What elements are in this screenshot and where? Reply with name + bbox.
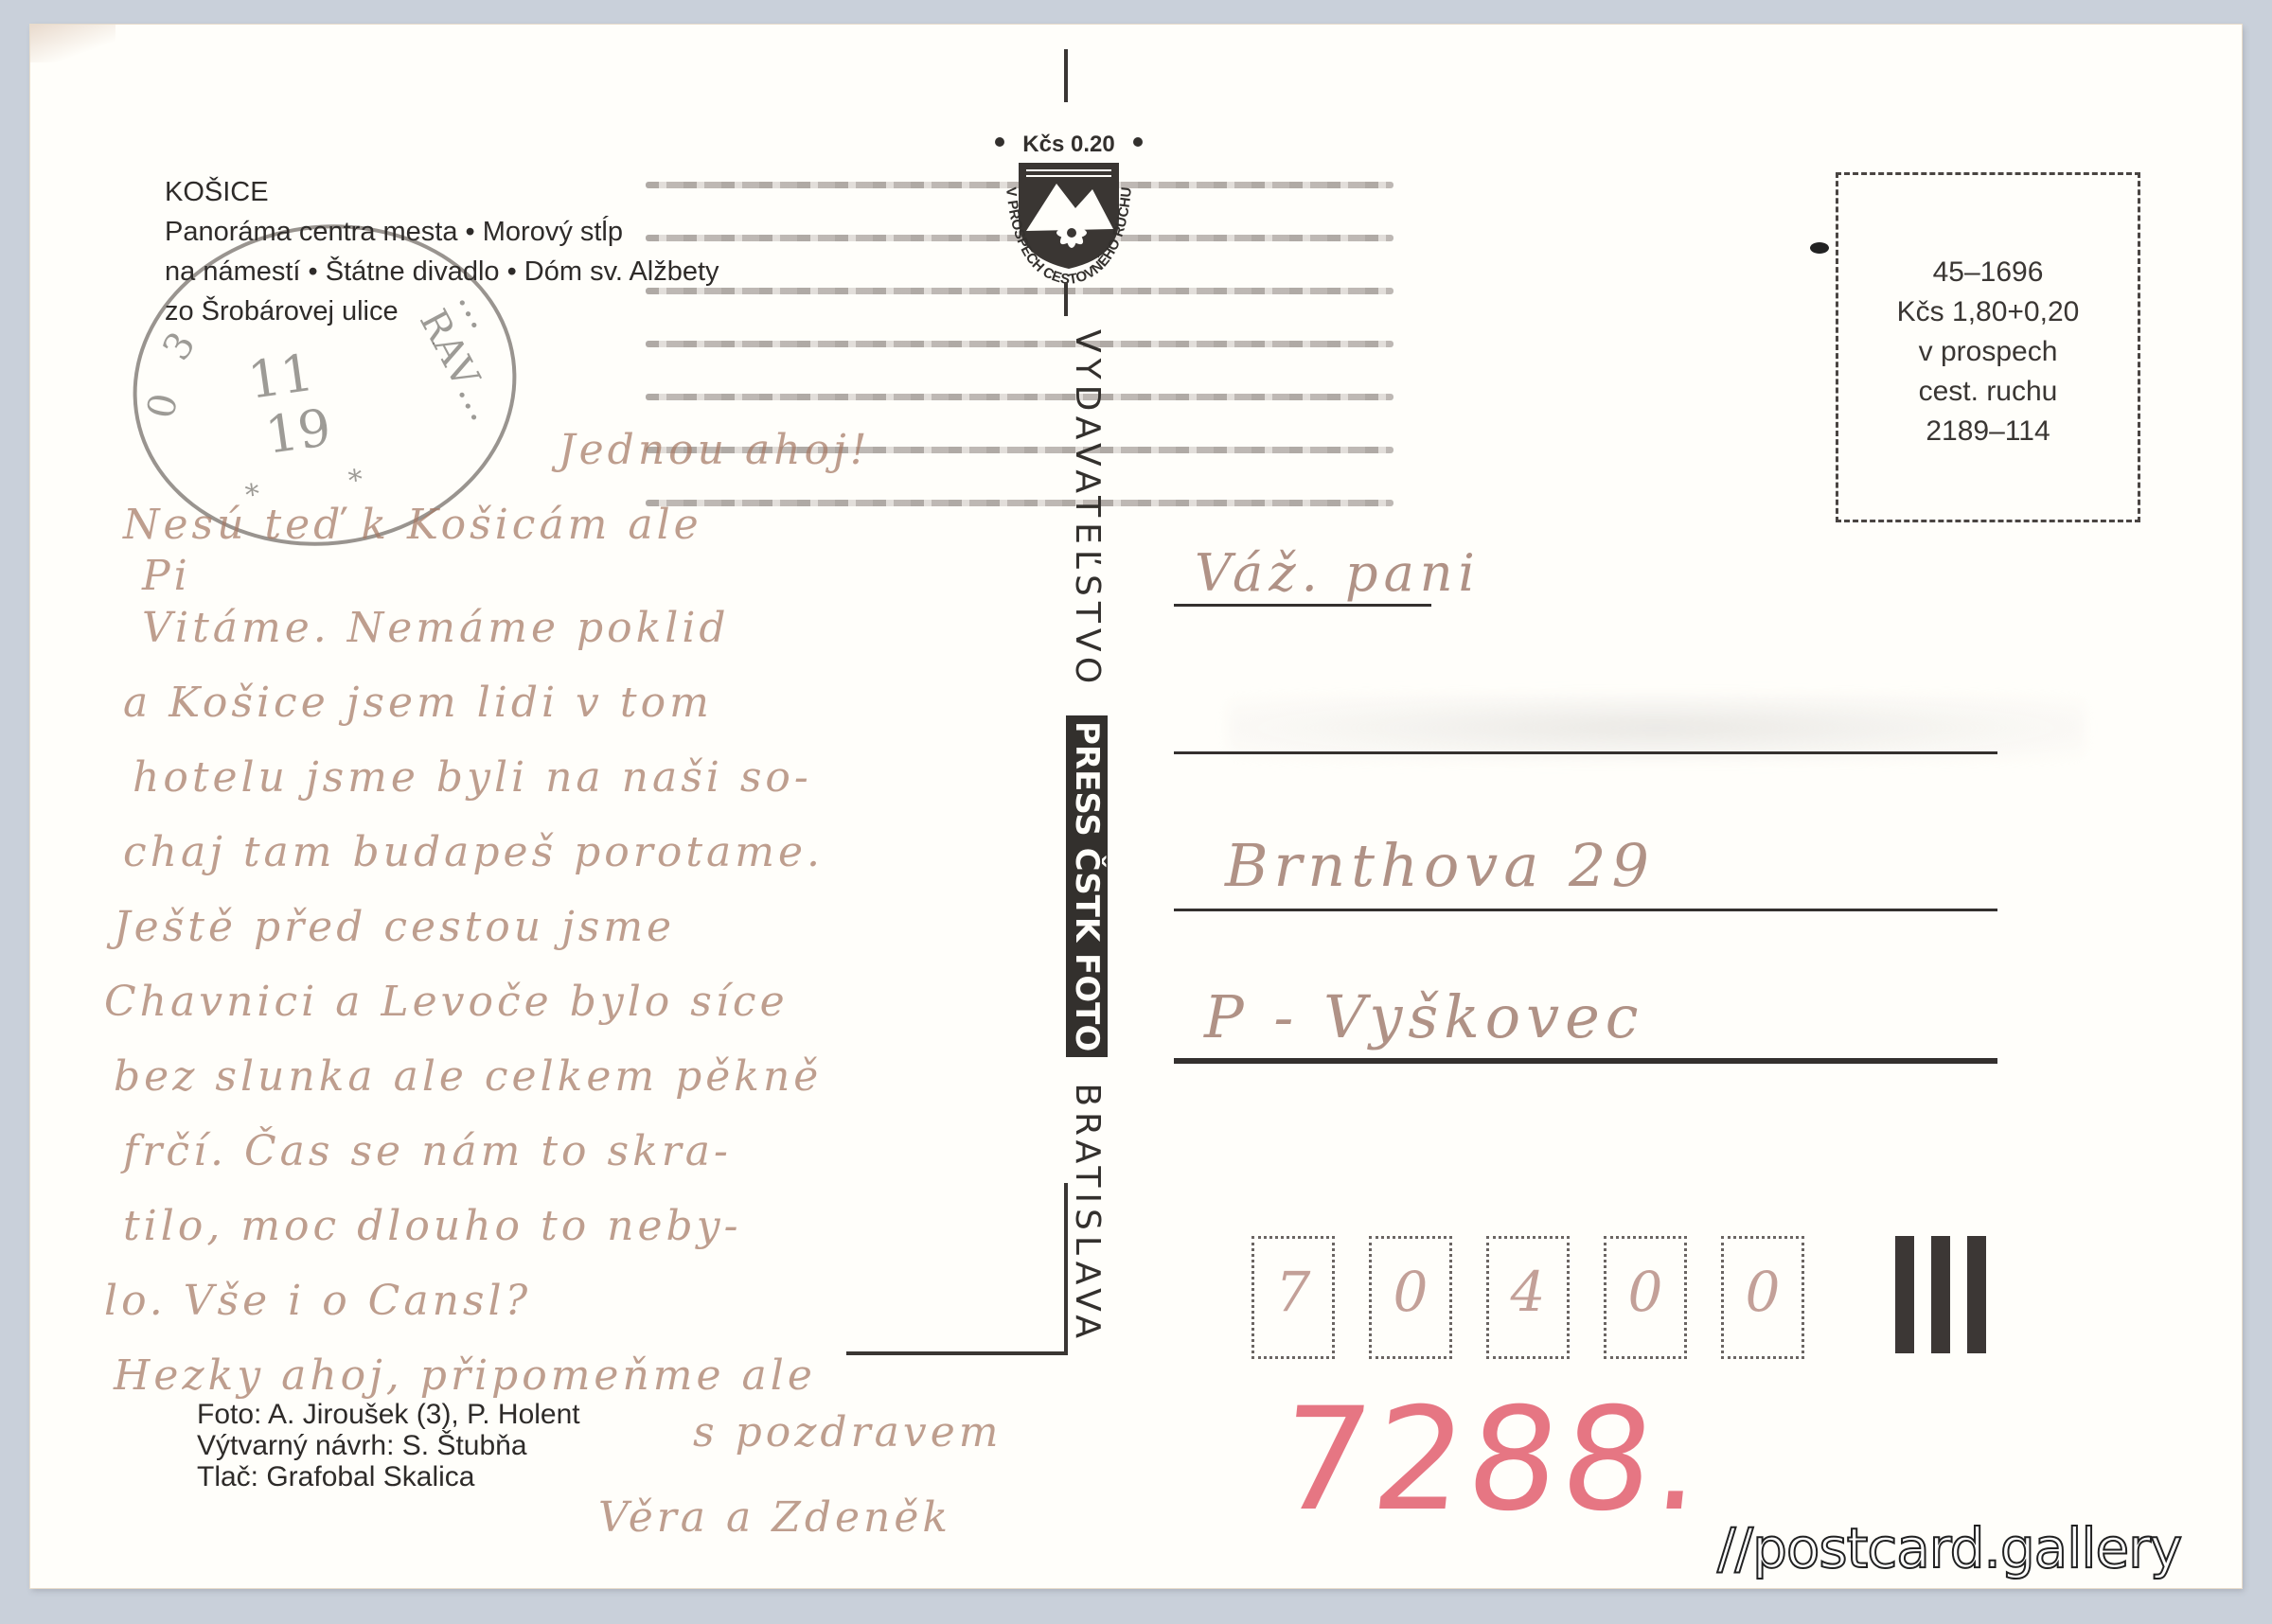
address-city: P - Vyškovec [1204, 982, 1644, 1051]
zip-digit-box: 4 [1486, 1236, 1570, 1359]
publisher-imprint: VYDAVATEĽSTVO PRESS ČSTK FOTO BRATISLAVA [1066, 329, 1108, 1344]
zip-digit: 0 [1606, 1260, 1684, 1324]
press-foto-logo: PRESS ČSTK FOTO [1066, 715, 1108, 1057]
message-line: Nesú teď k Košicám ale [123, 487, 1003, 562]
zip-digit-box: 0 [1369, 1236, 1452, 1359]
message-line: lo. Vše i o Cansl? [104, 1263, 1003, 1338]
handwritten-message: Jednou ahoj! Nesú teď k Košicám ale Pi V… [104, 498, 1003, 1413]
watermark: //postcard.gallery [1717, 1516, 2181, 1580]
zip-digit-box: 7 [1251, 1236, 1335, 1359]
stamp-text: 45–1696 Kčs 1,80+0,20 v prospech cest. r… [1838, 253, 2138, 451]
message-line: bez slunka ale celkem pěkně [114, 1039, 1003, 1114]
message-line: frčí. Čas se nám to skra- [123, 1114, 1003, 1189]
postcard-back: 0 3 11 19 * * …RAV… KOŠICE Panoráma cent… [30, 25, 2242, 1588]
message-signature: Věra a Zdeněk [598, 1493, 951, 1542]
tourism-emblem: Kčs 0.20 V PROSPECH CESTOVNÉHO RUCHU [988, 127, 1149, 288]
address-line [1174, 604, 1431, 607]
zip-code-bar [1931, 1236, 1950, 1353]
publisher-city: BRATISLAVA [1068, 1083, 1107, 1344]
address-street: Brnthova 29 [1225, 831, 1655, 900]
postmark-fragment: 0 [139, 390, 186, 422]
emblem-price: Kčs 0.20 [1022, 132, 1114, 157]
caption-line: zo Šrobárovej ulice [165, 291, 719, 331]
stamp-line: Kčs 1,80+0,20 [1838, 292, 2138, 332]
address-line-thick [1174, 1058, 1997, 1064]
message-line: tilo, moc dlouho to neby- [123, 1189, 1003, 1263]
address-line [1174, 909, 1997, 911]
printed-stamp-box: 45–1696 Kčs 1,80+0,20 v prospech cest. r… [1836, 172, 2140, 522]
ink-blot [1810, 242, 1829, 254]
caption-line: Panoráma centra mesta • Morový stĺp [165, 212, 719, 252]
message-line: Jednou ahoj! [559, 413, 1003, 487]
zip-digit-box: 0 [1604, 1236, 1687, 1359]
message-line: hotelu jsme byli na naši so- [133, 740, 1003, 815]
printing-credits: Foto: A. Jiroušek (3), P. Holent Výtvarn… [197, 1399, 580, 1492]
zip-digit: 0 [1372, 1260, 1449, 1324]
cancellation-line [646, 394, 1393, 400]
address-salutation: Váž. pani [1195, 543, 1481, 603]
center-divider [1064, 282, 1068, 316]
zip-digit-box: 0 [1721, 1236, 1804, 1359]
message-line: a Košice jsem lidi v tom [123, 665, 1003, 740]
cancellation-line [646, 288, 1393, 294]
zip-digit: 7 [1254, 1260, 1332, 1324]
credit-line: Foto: A. Jiroušek (3), P. Holent [197, 1399, 580, 1430]
stamp-line: v prospech [1838, 332, 2138, 372]
center-divider [1064, 49, 1068, 102]
publisher-prefix: VYDAVATEĽSTVO [1068, 329, 1107, 689]
message-signoff: s pozdravem [693, 1408, 1002, 1456]
message-line: Chavnici a Levoče bylo síce [104, 964, 1003, 1039]
center-divider [1064, 1183, 1068, 1353]
caption-line: na námestí • Štátne divadlo • Dóm sv. Al… [165, 252, 719, 291]
mountain-edelweiss-icon: Kčs 0.20 V PROSPECH CESTOVNÉHO RUCHU [988, 127, 1149, 288]
message-line: Ještě před cestou jsme [114, 890, 1003, 964]
credit-line: Tlač: Grafobal Skalica [197, 1461, 580, 1492]
zip-code-bar [1895, 1236, 1914, 1353]
zip-code-bar [1967, 1236, 1986, 1353]
message-line: chaj tam budapeš porotame. [123, 815, 1003, 890]
address-line [1174, 751, 1997, 754]
stamp-line: cest. ruchu [1838, 372, 2138, 412]
zip-digit: 4 [1489, 1260, 1567, 1324]
cancellation-line [646, 341, 1393, 347]
postmark-year: 19 [261, 397, 334, 466]
message-line: Vitáme. Nemáme poklid [142, 591, 1003, 665]
stamp-line: 45–1696 [1838, 253, 2138, 292]
zip-digit: 0 [1724, 1260, 1802, 1324]
red-handwritten-number: 7288. [1271, 1378, 1714, 1543]
caption-city: KOŠICE [165, 172, 719, 212]
credit-line: Výtvarný návrh: S. Štubňa [197, 1430, 580, 1461]
message-line: Pi [142, 562, 1003, 591]
stamp-line: 2189–114 [1838, 412, 2138, 451]
caption: KOŠICE Panoráma centra mesta • Morový st… [165, 172, 719, 331]
